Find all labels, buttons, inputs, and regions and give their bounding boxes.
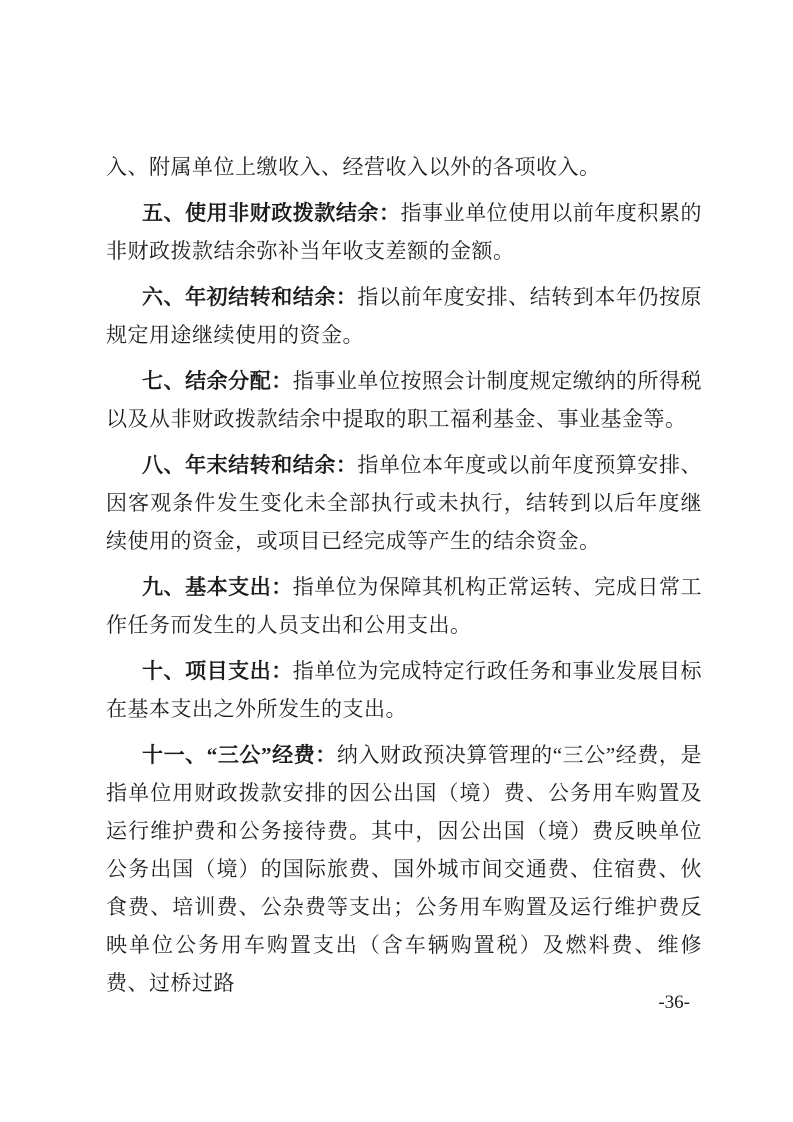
definition-paragraph-7: 七、结余分配：指事业单位按照会计制度规定缴纳的所得税以及从非财政拨款结余中提取的… xyxy=(106,362,702,438)
definition-paragraph-9: 九、基本支出：指单位为保障其机构正常运转、完成日常工作任务而发生的人员支出和公用… xyxy=(106,568,702,644)
text-block: 入、附属单位上缴收入、经营收入以外的各项收入。 五、使用非财政拨款结余：指事业单… xyxy=(106,148,702,1002)
continuation-paragraph: 入、附属单位上缴收入、经营收入以外的各项收入。 xyxy=(106,148,702,186)
definition-paragraph-5: 五、使用非财政拨款结余：指事业单位使用以前年度积累的非财政拨款结余弥补当年收支差… xyxy=(106,194,702,270)
document-page: 入、附属单位上缴收入、经营收入以外的各项收入。 五、使用非财政拨款结余：指事业单… xyxy=(0,0,793,1122)
term-label: 八、年末结转和结余： xyxy=(142,453,357,477)
term-label: 十一、“三公”经费： xyxy=(142,743,337,767)
page-number: -36- xyxy=(658,992,690,1014)
term-label: 十、项目支出： xyxy=(142,659,293,683)
term-label: 五、使用非财政拨款结余： xyxy=(142,201,400,225)
definition-paragraph-11: 十一、“三公”经费：纳入财政预决算管理的“三公”经费，是指单位用财政拨款安排的因… xyxy=(106,736,702,1002)
term-label: 七、结余分配： xyxy=(142,369,293,393)
definition-paragraph-10: 十、项目支出：指单位为完成特定行政任务和事业发展目标在基本支出之外所发生的支出。 xyxy=(106,652,702,728)
definition-text: 纳入财政预决算管理的“三公”经费，是指单位用财政拨款安排的因公出国（境）费、公务… xyxy=(106,743,702,995)
definition-paragraph-8: 八、年末结转和结余：指单位本年度或以前年度预算安排、因客观条件发生变化未全部执行… xyxy=(106,446,702,560)
term-label: 六、年初结转和结余： xyxy=(142,285,357,309)
definition-paragraph-6: 六、年初结转和结余：指以前年度安排、结转到本年仍按原规定用途继续使用的资金。 xyxy=(106,278,702,354)
term-label: 九、基本支出： xyxy=(142,575,293,599)
